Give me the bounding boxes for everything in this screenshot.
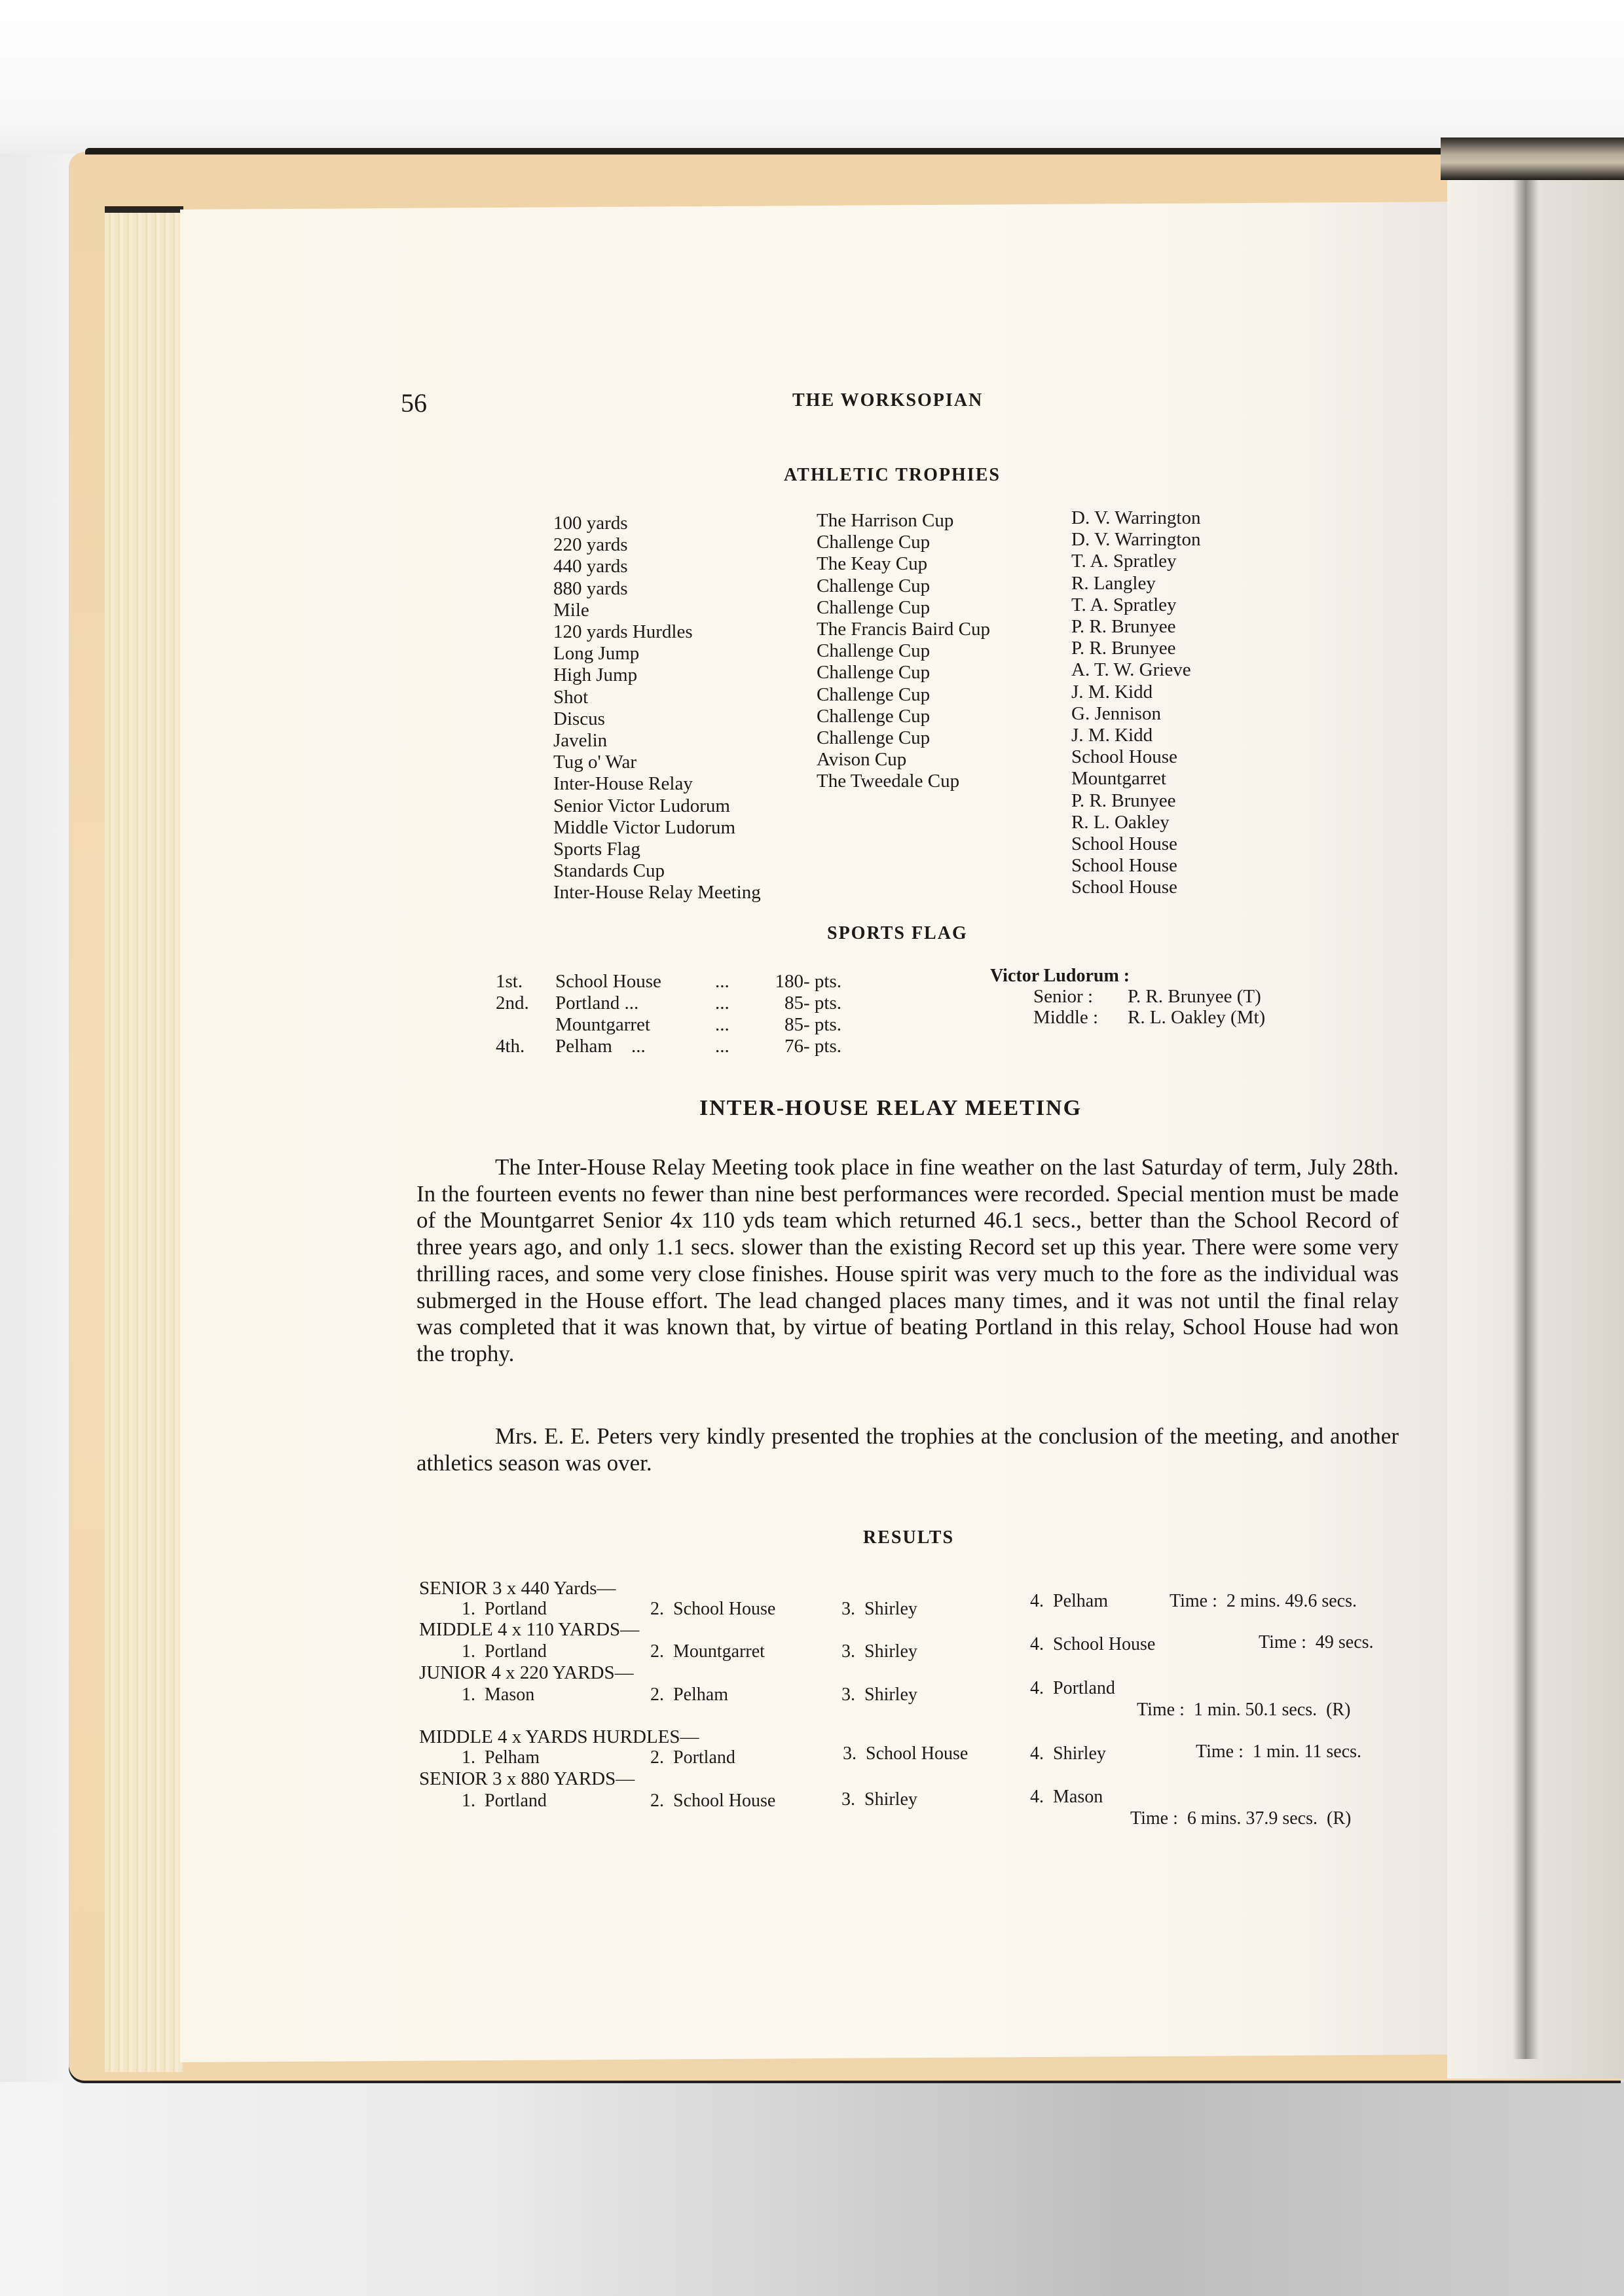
trophy-event: 880 yards <box>553 578 761 600</box>
trophy-winner: School House <box>1071 877 1200 898</box>
result-event-name: MIDDLE 4 x 110 YARDS— <box>419 1619 639 1641</box>
result-fourth: 4. School House <box>1030 1634 1155 1655</box>
trophy-cup: Challenge Cup <box>817 640 990 662</box>
trophy-winner: R. Langley <box>1071 573 1200 594</box>
trophy-event: Senior Victor Ludorum <box>553 795 761 817</box>
trophy-event: 100 yards <box>553 513 761 534</box>
flag-leader-dots: ... <box>715 993 729 1014</box>
trophy-winner: T. A. Spratley <box>1071 594 1200 616</box>
victor-ludorum-label: Victor Ludorum : <box>990 967 1130 985</box>
result-third: 3. Shirley <box>841 1685 917 1705</box>
trophy-events-column: 100 yards 220 yards 440 yards 880 yards … <box>553 513 761 904</box>
trophy-winner: P. R. Brunyee <box>1071 790 1200 812</box>
trophy-winner: School House <box>1071 855 1200 877</box>
running-title: THE WORKSOPIAN <box>792 392 983 410</box>
flag-points: 85- pts. <box>758 1014 841 1036</box>
trophy-event: Sports Flag <box>553 839 761 860</box>
flag-position: 4th. <box>496 1036 525 1057</box>
result-time: Time : 6 mins. 37.9 secs. (R) <box>1130 1808 1351 1829</box>
trophy-winner: P. R. Brunyee <box>1071 616 1200 638</box>
result-third: 3. School House <box>843 1743 968 1764</box>
result-time: Time : 2 mins. 49.6 secs. <box>1170 1591 1357 1612</box>
trophies-presentation-paragraph: Mrs. E. E. Peters very kindly presented … <box>416 1423 1399 1476</box>
trophy-event: Mile <box>553 600 761 621</box>
flag-leader-dots: ... <box>715 971 729 993</box>
trophy-cup: The Tweedale Cup <box>817 771 990 792</box>
trophy-event: Middle Victor Ludorum <box>553 817 761 839</box>
trophy-cup: Challenge Cup <box>817 684 990 706</box>
trophy-winner: J. M. Kidd <box>1071 725 1200 746</box>
trophy-cup: Challenge Cup <box>817 706 990 727</box>
trophy-event: 440 yards <box>553 556 761 577</box>
result-event-name: SENIOR 3 x 440 Yards— <box>419 1578 616 1599</box>
trophy-winner: T. A. Spratley <box>1071 551 1200 572</box>
result-second: 2. Portland <box>650 1747 735 1768</box>
trophy-event: Long Jump <box>553 643 761 665</box>
trophy-winner: School House <box>1071 746 1200 768</box>
result-fourth: 4. Pelham <box>1030 1591 1108 1612</box>
flag-house: School House <box>555 971 661 993</box>
result-first: 1. Portland <box>462 1641 547 1662</box>
trophy-cup: Challenge Cup <box>817 532 990 553</box>
victor-ludorum-senior-label: Senior : <box>1033 987 1093 1006</box>
athletic-trophies-heading: ATHLETIC TROPHIES <box>784 466 1001 484</box>
trophy-cup: Challenge Cup <box>817 662 990 683</box>
page-content: 56 THE WORKSOPIAN ATHLETIC TROPHIES 100 … <box>0 0 1624 2296</box>
result-event-name: MIDDLE 4 x YARDS HURDLES— <box>419 1726 699 1748</box>
result-third: 3. Shirley <box>841 1789 917 1810</box>
trophy-event: Shot <box>553 687 761 708</box>
result-first: 1. Portland <box>462 1599 547 1620</box>
victor-ludorum-middle-value: R. L. Oakley (Mt) <box>1128 1008 1265 1027</box>
flag-house: Mountgarret <box>555 1014 650 1036</box>
result-event-name: JUNIOR 4 x 220 YARDS— <box>419 1662 634 1684</box>
trophy-winner: Mountgarret <box>1071 768 1200 790</box>
sports-flag-heading: SPORTS FLAG <box>827 924 968 943</box>
flag-house: Portland ... <box>555 993 638 1014</box>
results-heading: RESULTS <box>863 1529 954 1547</box>
trophy-winner: School House <box>1071 833 1200 855</box>
trophy-cup: The Harrison Cup <box>817 510 990 532</box>
flag-leader-dots: ... <box>715 1014 729 1036</box>
trophy-cup: The Francis Baird Cup <box>817 619 990 640</box>
trophy-winner: G. Jennison <box>1071 703 1200 725</box>
result-time: Time : 1 min. 11 secs. <box>1196 1741 1361 1762</box>
trophy-cup: The Keay Cup <box>817 553 990 575</box>
trophy-winner: R. L. Oakley <box>1071 812 1200 833</box>
result-second: 2. School House <box>650 1791 775 1812</box>
trophy-event: Discus <box>553 708 761 730</box>
relay-meeting-heading: INTER-HOUSE RELAY MEETING <box>699 1097 1082 1120</box>
flag-house: Pelham ... <box>555 1036 646 1057</box>
result-fourth: 4. Mason <box>1030 1787 1103 1808</box>
trophy-event: Inter-House Relay Meeting <box>553 882 761 903</box>
trophy-event: Javelin <box>553 730 761 752</box>
page-number: 56 <box>401 390 427 416</box>
result-first: 1. Pelham <box>462 1747 540 1768</box>
relay-meeting-paragraph: The Inter-House Relay Meeting took place… <box>416 1154 1399 1368</box>
trophy-event: 220 yards <box>553 534 761 556</box>
result-first: 1. Portland <box>462 1791 547 1812</box>
trophy-winners-column: D. V. Warrington D. V. Warrington T. A. … <box>1071 507 1200 899</box>
trophy-cup: Challenge Cup <box>817 597 990 619</box>
result-second: 2. Mountgarret <box>650 1641 765 1662</box>
trophy-event: Standards Cup <box>553 860 761 882</box>
result-second: 2. School House <box>650 1599 775 1620</box>
trophy-cup: Challenge Cup <box>817 727 990 749</box>
trophy-winner: P. R. Brunyee <box>1071 638 1200 659</box>
victor-ludorum-senior-value: P. R. Brunyee (T) <box>1128 987 1261 1006</box>
trophy-event: High Jump <box>553 665 761 686</box>
result-fourth: 4. Shirley <box>1030 1743 1106 1764</box>
trophy-winner: A. T. W. Grieve <box>1071 659 1200 681</box>
result-second: 2. Pelham <box>650 1685 728 1705</box>
result-third: 3. Shirley <box>841 1641 917 1662</box>
trophy-cup: Avison Cup <box>817 749 990 771</box>
flag-points: 76- pts. <box>758 1036 841 1057</box>
flag-points: 180- pts. <box>758 971 841 993</box>
flag-points: 85- pts. <box>758 993 841 1014</box>
result-time: Time : 49 secs. <box>1259 1632 1374 1653</box>
result-fourth: 4. Portland <box>1030 1678 1115 1699</box>
trophy-event: Inter-House Relay <box>553 773 761 795</box>
trophy-event: 120 yards Hurdles <box>553 621 761 643</box>
trophy-winner: J. M. Kidd <box>1071 682 1200 703</box>
result-first: 1. Mason <box>462 1685 534 1705</box>
trophy-event: Tug o' War <box>553 752 761 773</box>
trophy-cup: Challenge Cup <box>817 575 990 597</box>
victor-ludorum-middle-label: Middle : <box>1033 1008 1098 1027</box>
trophy-winner: D. V. Warrington <box>1071 507 1200 529</box>
result-third: 3. Shirley <box>841 1599 917 1620</box>
flag-position: 2nd. <box>496 993 529 1014</box>
flag-position: 1st. <box>496 971 523 993</box>
trophy-cups-column: The Harrison Cup Challenge Cup The Keay … <box>817 510 990 793</box>
trophy-winner: D. V. Warrington <box>1071 529 1200 551</box>
result-event-name: SENIOR 3 x 880 YARDS— <box>419 1768 635 1790</box>
result-time: Time : 1 min. 50.1 secs. (R) <box>1137 1700 1350 1721</box>
flag-leader-dots: ... <box>715 1036 729 1057</box>
